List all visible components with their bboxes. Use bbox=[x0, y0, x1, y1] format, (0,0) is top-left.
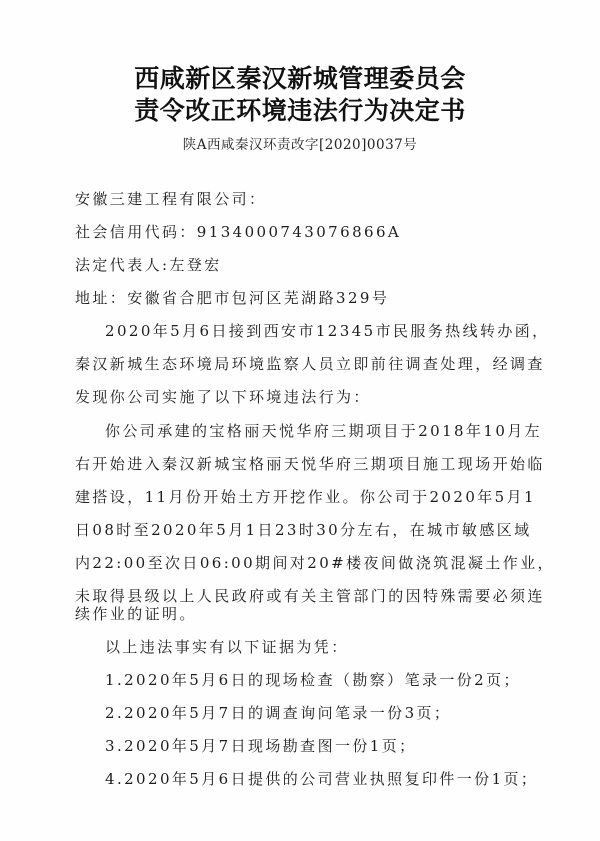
evidence-item: 3.2020年5月7日现场勘查图一份1页； bbox=[105, 735, 417, 756]
paragraph1-line: 2020年5月6日接到西安市12345市民服务热线转办函， bbox=[105, 320, 550, 341]
legal-representative: 法定代表人:左登宏 bbox=[75, 254, 222, 275]
paragraph1-line: 发现你公司实施了以下环境违法行为： bbox=[75, 386, 371, 407]
paragraph1-line: 秦汉新城生态环境局环境监察人员立即前往调查处理，经调查 bbox=[75, 353, 545, 374]
addressee: 安徽三建工程有限公司： bbox=[75, 188, 266, 209]
paragraph2-line: 你公司承建的宝格丽天悦华府三期项目于2018年10月左 bbox=[105, 420, 542, 441]
paragraph2-line: 日08时至2020年5月1日23时30分左右，在城市敏感区域 bbox=[75, 519, 532, 540]
evidence-item: 4.2020年5月6日提供的公司营业执照复印件一份1页； bbox=[105, 768, 538, 789]
document-number: 陕A西咸秦汉环责改字[2020]0037号 bbox=[0, 133, 600, 153]
document-title-line1: 西咸新区秦汉新城管理委员会 bbox=[0, 59, 600, 95]
evidence-intro: 以上违法事实有以下证据为凭： bbox=[105, 636, 349, 657]
credit-code: 社会信用代码：9134000743076866A bbox=[75, 221, 401, 242]
evidence-item: 2.2020年5月7日的调查询问笔录一份3页； bbox=[105, 702, 451, 723]
paragraph2-line: 右开始进入秦汉新城宝格丽天悦华府三期项目施工现场开始临 bbox=[75, 453, 545, 474]
address: 地址：安徽省合肥市包河区芜湖路329号 bbox=[75, 287, 389, 308]
document-page: 西咸新区秦汉新城管理委员会 责令改正环境违法行为决定书 陕A西咸秦汉环责改字[2… bbox=[0, 0, 600, 841]
paragraph2-line: 续作业的证明。 bbox=[75, 603, 197, 624]
paragraph2-line: 内22:00至次日06:00期间对20#楼夜间做浇筑混凝土作业， bbox=[75, 552, 555, 573]
evidence-item: 1.2020年5月6日的现场检查（勘察）笔录一份2页； bbox=[105, 669, 521, 690]
paragraph2-line: 建搭设，11月份开始土方开挖作业。你公司于2020年5月1 bbox=[75, 486, 536, 507]
document-title-line2: 责令改正环境违法行为决定书 bbox=[0, 91, 600, 127]
